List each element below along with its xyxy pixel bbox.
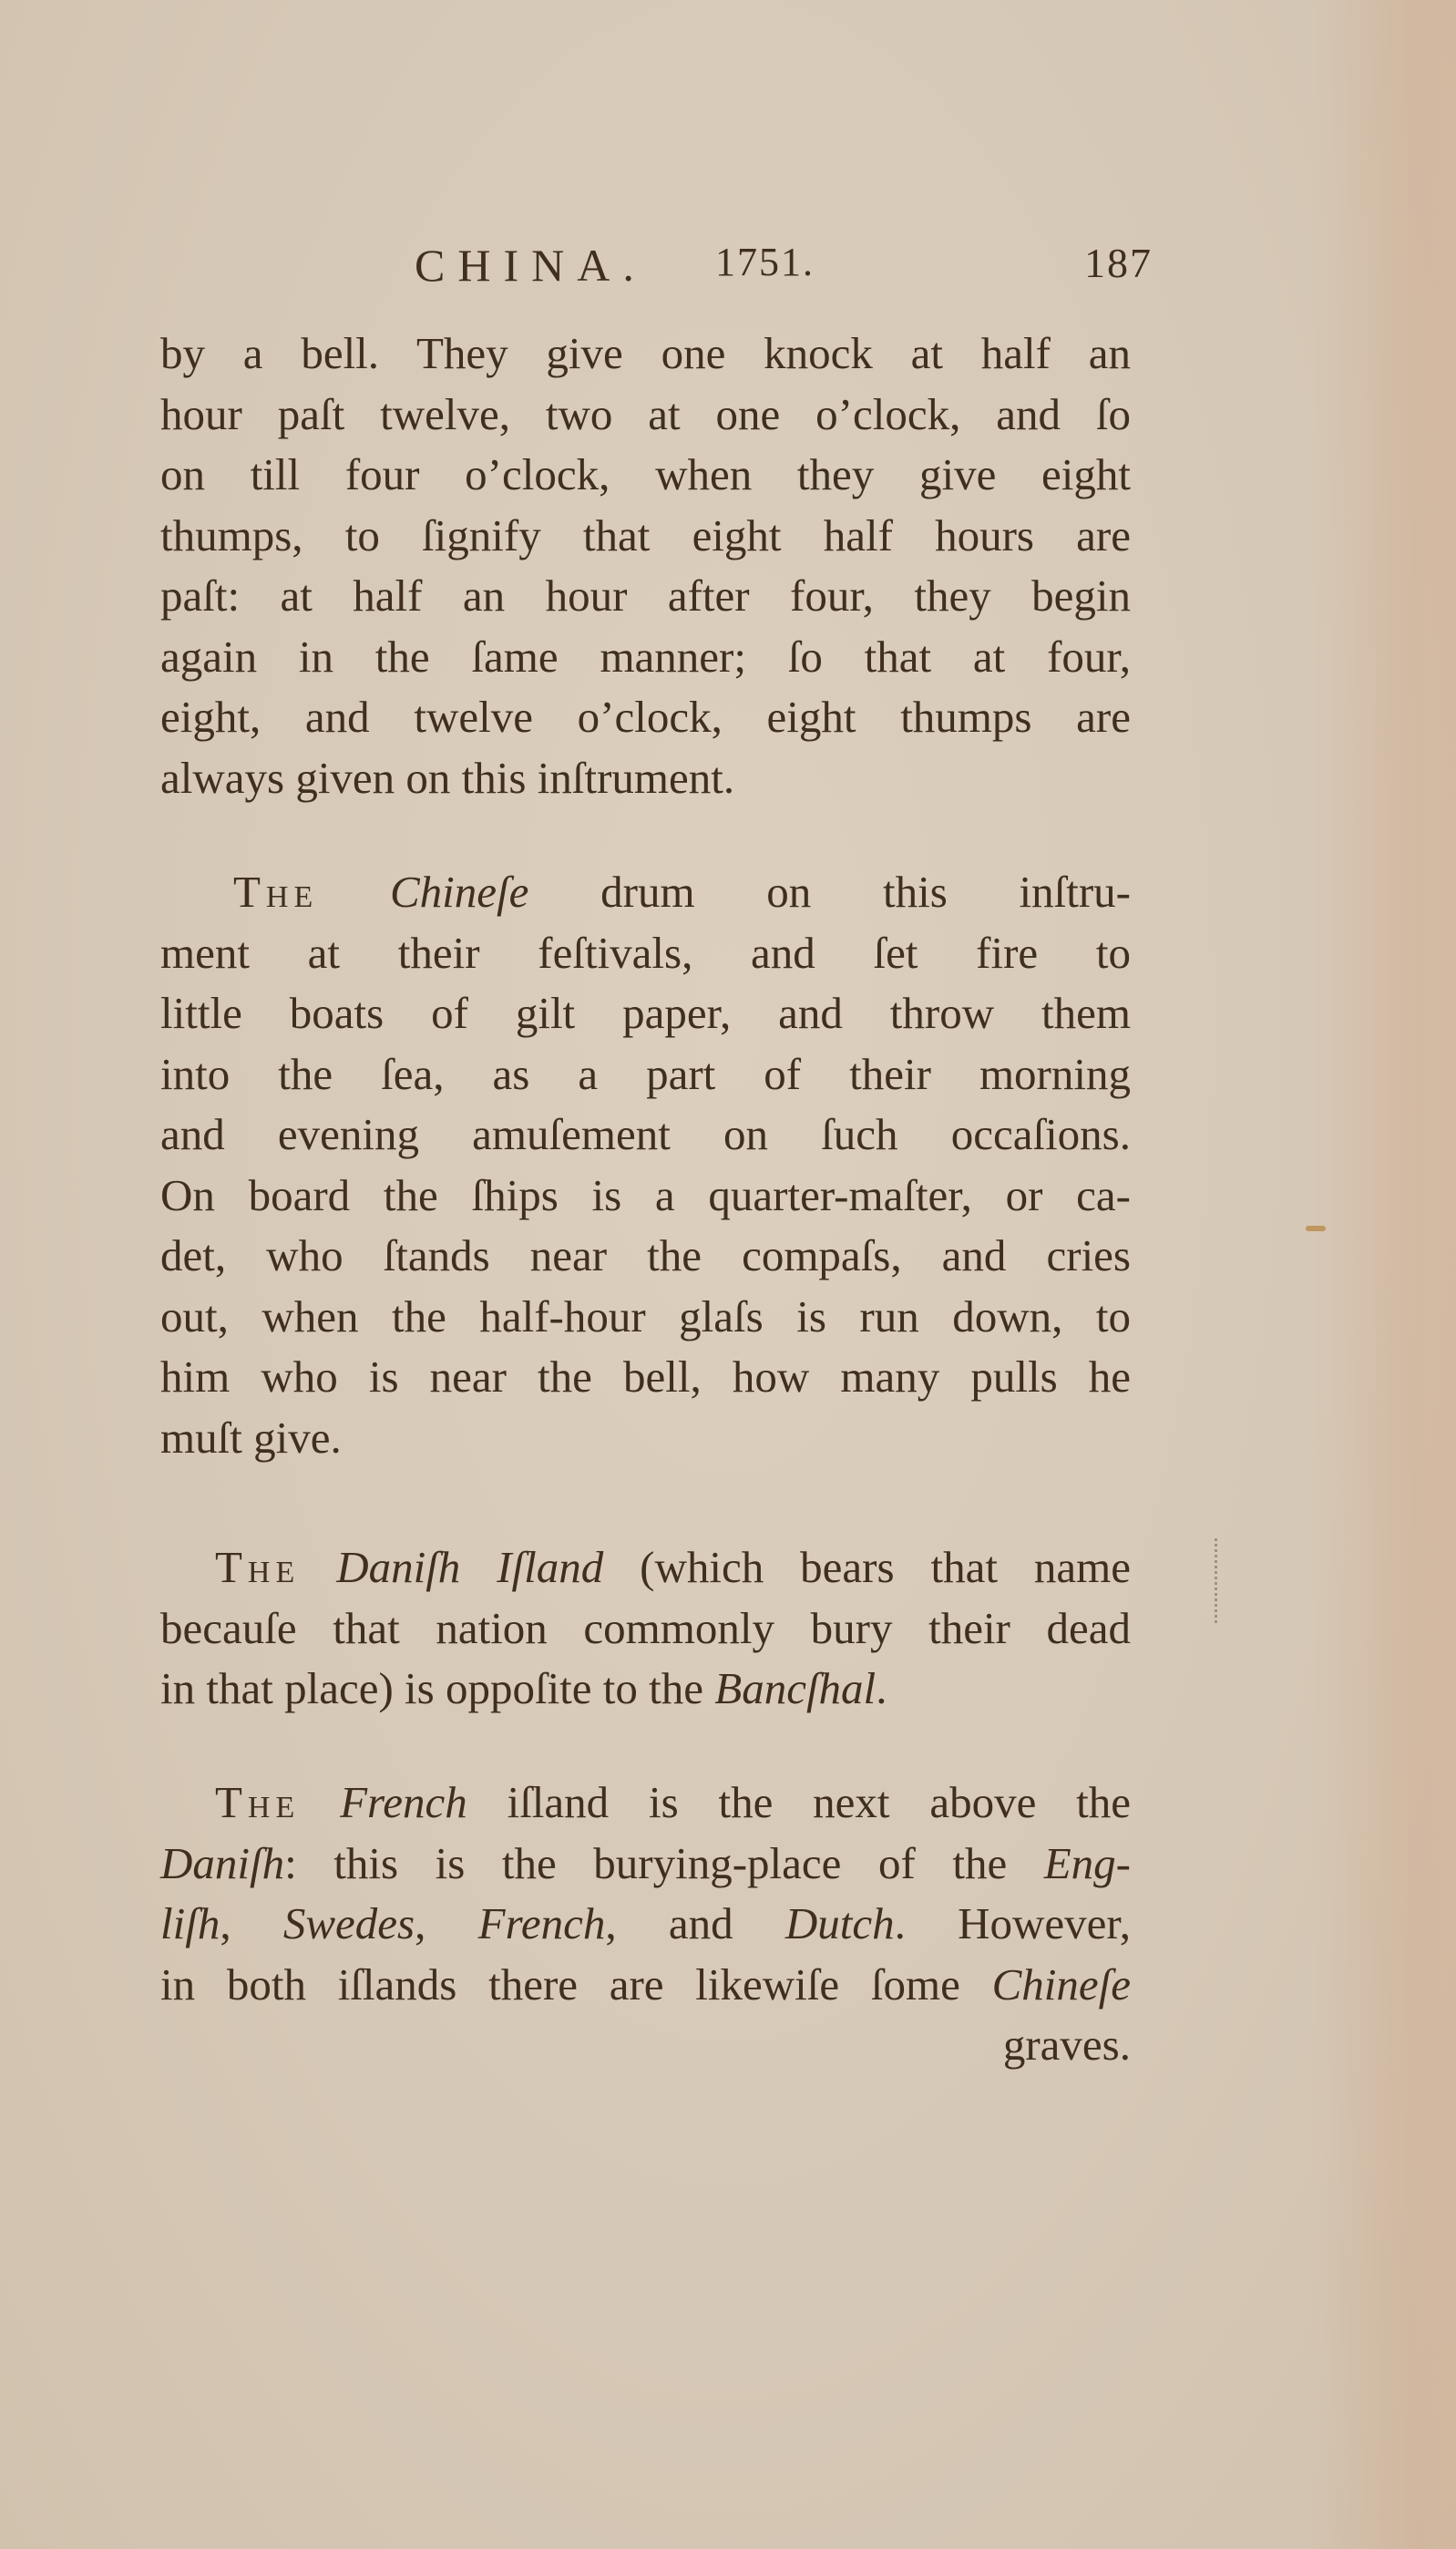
paper-stain (1306, 1226, 1326, 1231)
text-fragment: , and (605, 1898, 785, 1948)
text-fragment: (which bears that name (603, 1542, 1131, 1592)
text-line: him who is near the bell, how many pulls… (160, 1347, 1131, 1408)
text-line: det, who ſtands near the compaſs, and cr… (160, 1226, 1131, 1287)
text-line: in both iſlands there are likewiſe ſome … (160, 1955, 1131, 2016)
text-line: in that place) is oppoſite to the Bancſh… (160, 1659, 1131, 1720)
text-fragment: : this is the burying-place of the (284, 1838, 1044, 1888)
running-head: CHINA. 1751. 187 (415, 239, 1153, 303)
text-line: out, when the half-hour glaſs is run dow… (160, 1287, 1131, 1348)
text-line: ment at their feſtivals, and ſet fire to (160, 923, 1131, 984)
italic-term: Bancſhal (714, 1663, 876, 1713)
text-fragment: iſland is the next above the (467, 1777, 1131, 1827)
text-fragment: in that place) is oppoſite to the (160, 1663, 714, 1713)
paragraph-4: The French iſland is the next above the … (160, 1773, 1131, 2076)
italic-term: Swedes (283, 1898, 415, 1948)
italic-term: French (340, 1777, 467, 1827)
small-caps-lead: The (215, 1542, 300, 1592)
italic-term: Chineſe (992, 1959, 1131, 2009)
italic-term: French (478, 1898, 606, 1948)
text-line: and evening amuſement on ſuch occaſions. (160, 1105, 1131, 1166)
text-fragment: , (220, 1898, 283, 1948)
italic-term: Dutch (785, 1898, 895, 1948)
small-caps-lead: The (233, 867, 318, 917)
text-line: again in the ſame manner; ſo that at fou… (160, 627, 1131, 688)
text-line: muſt give. (160, 1408, 1131, 1469)
text-line: Daniſh: this is the burying-place of the… (160, 1834, 1131, 1895)
book-page: CHINA. 1751. 187 by a bell. They give on… (0, 0, 1456, 2549)
text-line: The French iſland is the next above the (160, 1773, 1131, 1834)
text-fragment: in both iſlands there are likewiſe ſome (160, 1959, 992, 2009)
text-line: The Chineſe drum on this inſtru- (160, 862, 1131, 923)
running-head-title: CHINA. (415, 239, 647, 292)
text-fragment: . However, (895, 1898, 1131, 1948)
italic-term: Eng- (1044, 1838, 1131, 1888)
paragraph-2: The Chineſe drum on this inſtru- ment at… (160, 862, 1131, 1468)
italic-term: Daniſh Iſland (336, 1542, 603, 1592)
italic-term: Chineſe (390, 867, 528, 917)
text-line: eight, and twelve o’clock, eight thumps … (160, 687, 1131, 748)
small-caps-lead: The (215, 1777, 300, 1827)
text-line: little boats of gilt paper, and throw th… (160, 983, 1131, 1044)
italic-term: Daniſh (160, 1838, 284, 1888)
text-line: into the ſea, as a part of their morning (160, 1044, 1131, 1105)
text-fragment: drum on this inſtru- (528, 867, 1131, 917)
text-line: liſh, Swedes, French, and Dutch. However… (160, 1894, 1131, 1955)
page-number: 187 (1084, 239, 1153, 287)
running-head-year: 1751. (715, 239, 815, 285)
text-line: On board the ſhips is a quarter-maſter, … (160, 1166, 1131, 1227)
paragraph-1: by a bell. They give one knock at half a… (160, 324, 1131, 808)
text-line: on till four o’clock, when they give eig… (160, 445, 1131, 506)
text-line: always given on this inſtrument. (160, 748, 1131, 809)
italic-term: liſh (160, 1898, 220, 1948)
text-fragment: . (876, 1663, 887, 1713)
text-line: thumps, to ſignify that eight half hours… (160, 506, 1131, 567)
margin-mark (1215, 1538, 1217, 1625)
catchword: graves. (160, 2015, 1131, 2076)
text-line: The Daniſh Iſland (which bears that name (160, 1537, 1131, 1598)
text-line: paſt: at half an hour after four, they b… (160, 566, 1131, 627)
text-line: becauſe that nation commonly bury their … (160, 1598, 1131, 1660)
text-line: hour paſt twelve, two at one o’clock, an… (160, 385, 1131, 446)
text-fragment: , (415, 1898, 478, 1948)
text-line: by a bell. They give one knock at half a… (160, 324, 1131, 385)
paragraph-3: The Daniſh Iſland (which bears that name… (160, 1537, 1131, 1720)
